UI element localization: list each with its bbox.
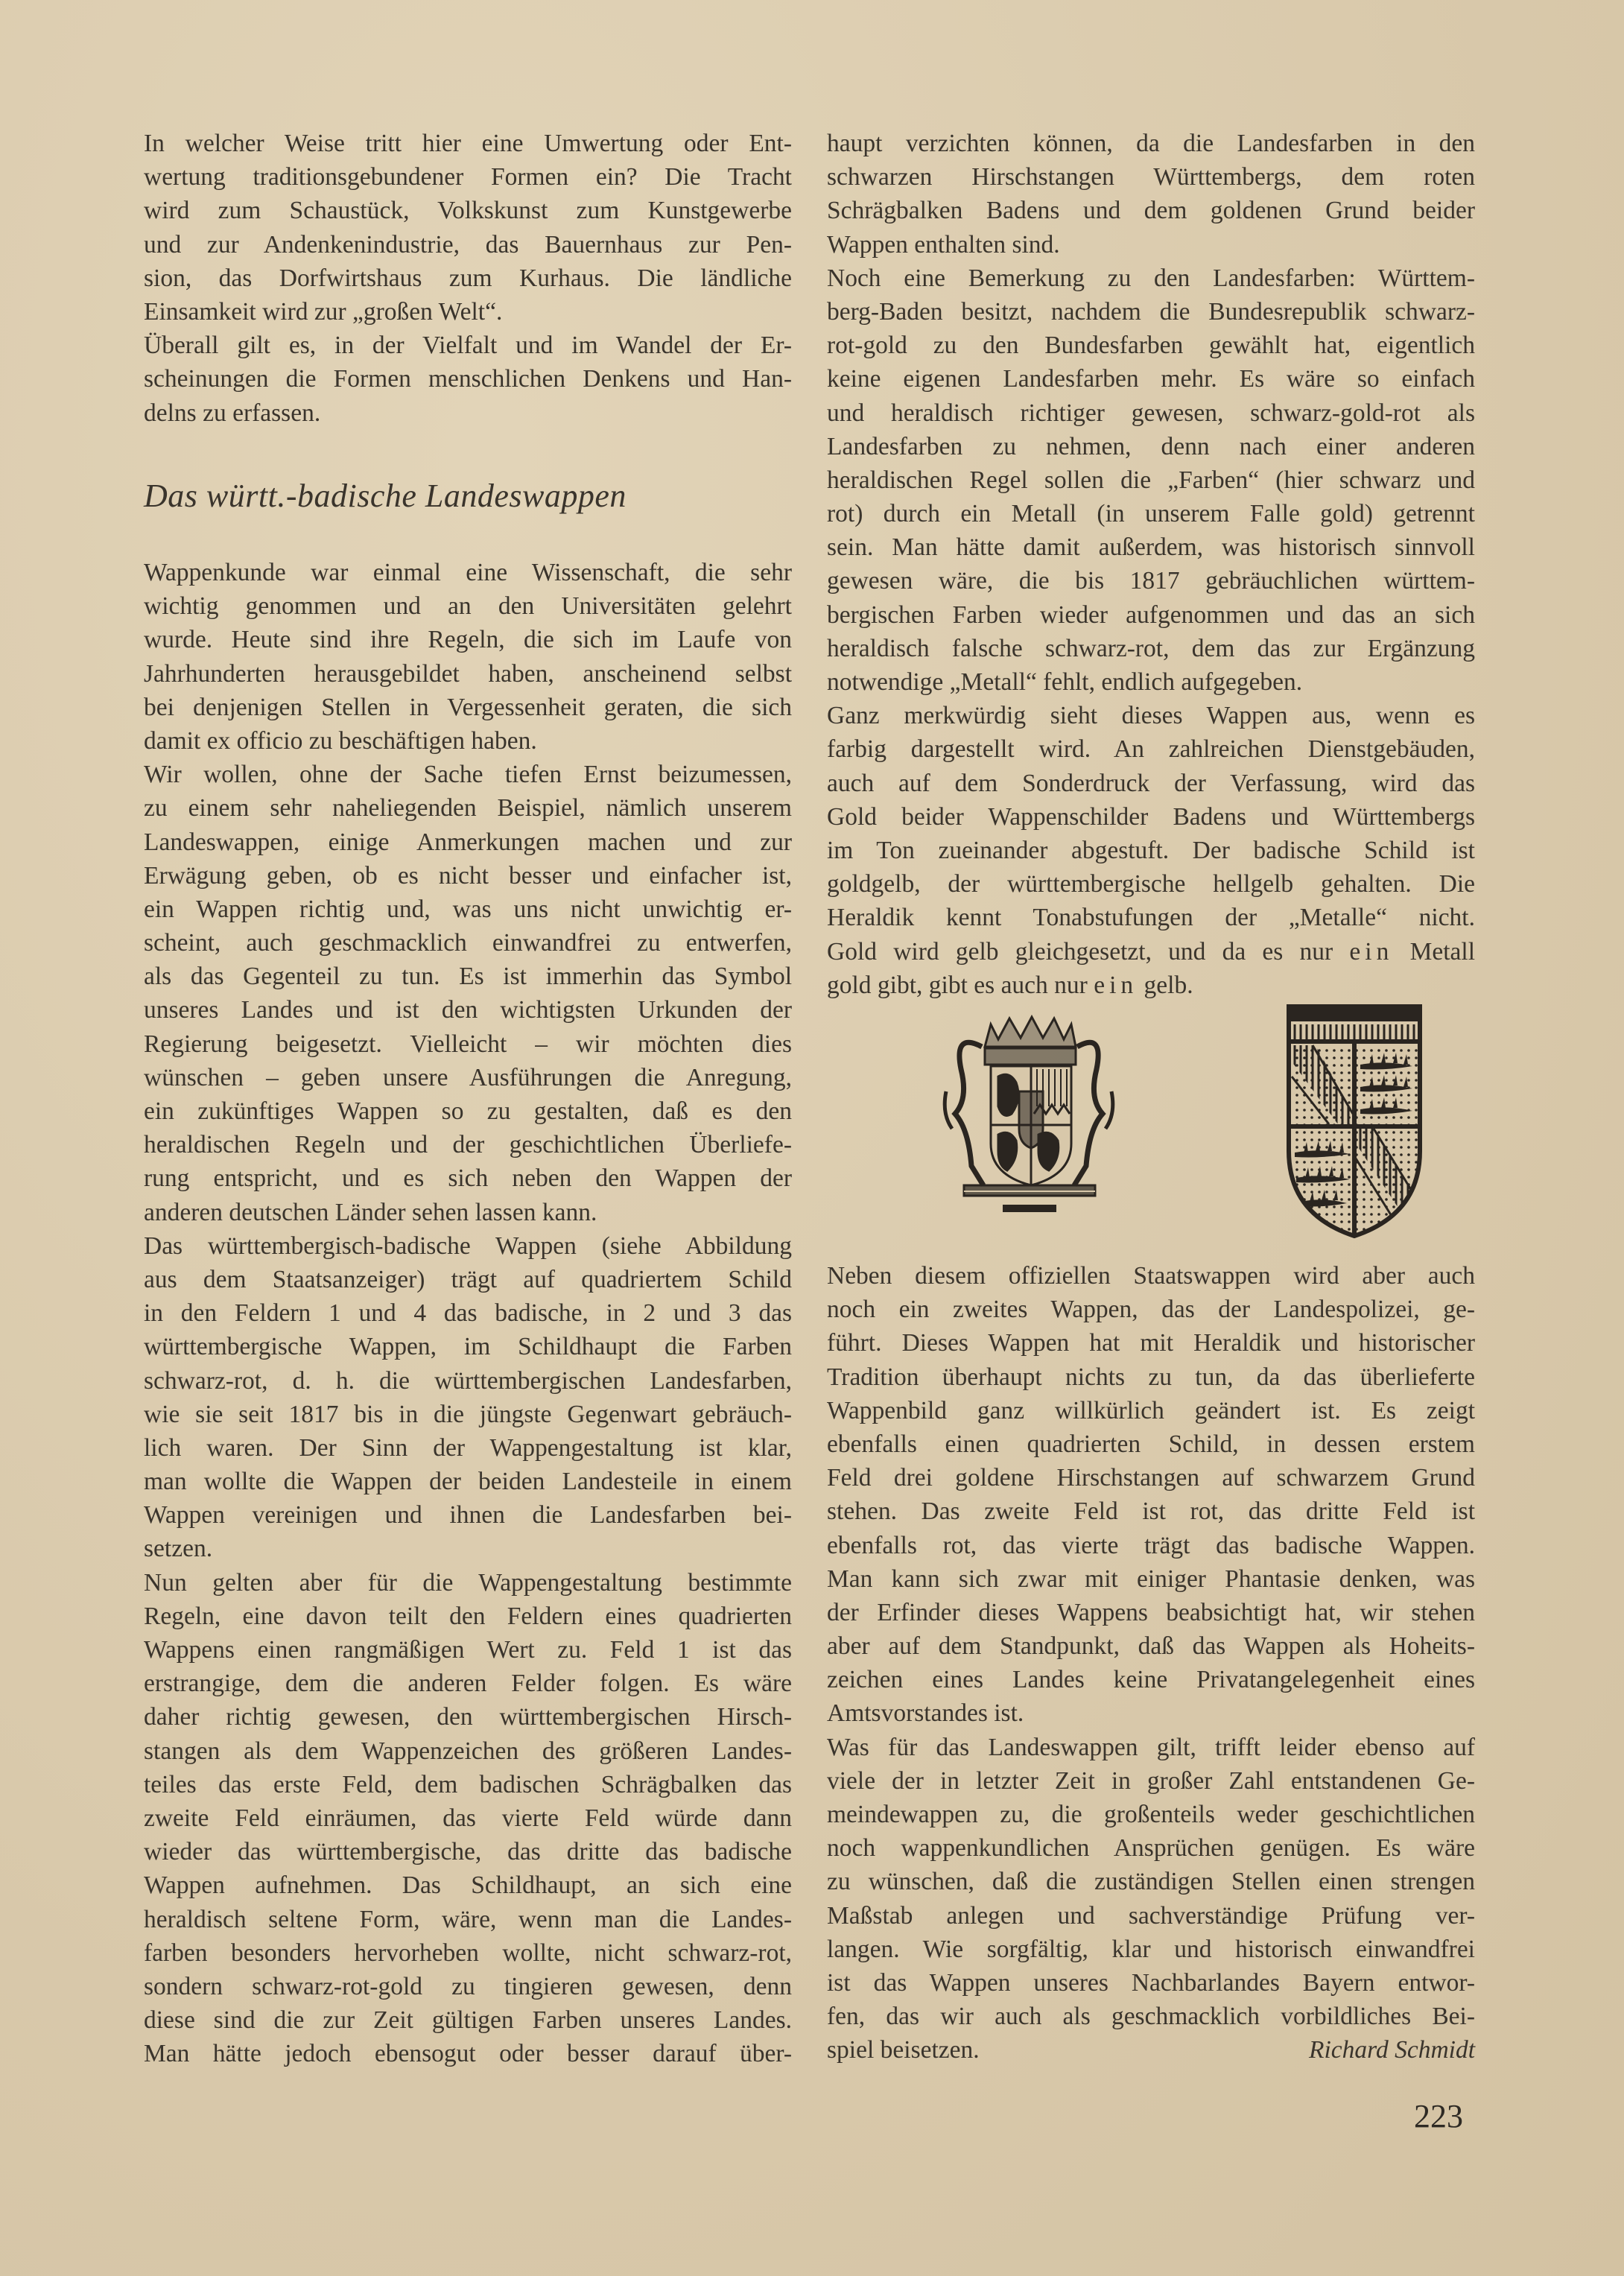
text-line: ist das Wappen unseres Nachbarlandes Bay… bbox=[827, 1966, 1475, 2000]
text-line: meindewappen zu, die großenteils weder g… bbox=[827, 1798, 1475, 1831]
text-line: und zur Andenkenindustrie, das Bauernhau… bbox=[144, 228, 792, 261]
text-line: führt. Dieses Wappen hat mit Heraldik un… bbox=[827, 1326, 1475, 1360]
text-line: In welcher Weise tritt hier eine Umwertu… bbox=[144, 127, 792, 160]
text-line: daher richtig gewesen, den württembergis… bbox=[144, 1700, 792, 1734]
text-line: wünschen – geben unsere Ausführungen die… bbox=[144, 1061, 792, 1094]
text-fragment: Gold wird gelb gleichgesetzt, und da es … bbox=[827, 938, 1333, 966]
article-body-left: Wappenkunde war einmal eine Wissenschaft… bbox=[144, 556, 792, 2070]
right-column-lower: Neben diesem offiziellen Staatswappen wi… bbox=[827, 1259, 1475, 2067]
text-line: Feld drei goldene Hirschstangen auf schw… bbox=[827, 1461, 1475, 1494]
text-line: Wappen vereinigen und ihnen die Landesfa… bbox=[144, 1498, 792, 1532]
text-line: sondern schwarz-rot-gold zu tingieren ge… bbox=[144, 1970, 792, 2003]
text-line: keine eigenen Landesfarben mehr. Es wäre… bbox=[827, 362, 1475, 396]
text-line: langen. Wie sorgfältig, klar und histori… bbox=[827, 1933, 1475, 1966]
text-line: Erwägung geben, ob es nicht besser und e… bbox=[144, 859, 792, 893]
text-line: wieder das württembergische, das dritte … bbox=[144, 1835, 792, 1868]
page-number: 223 bbox=[1414, 2097, 1463, 2135]
text-line: damit ex officio zu beschäftigen haben. bbox=[144, 724, 792, 758]
text-line: Man hätte jedoch ebensogut oder besser d… bbox=[144, 2037, 792, 2070]
text-line: gewesen wäre, die bis 1817 gebräuchliche… bbox=[827, 564, 1475, 597]
text-line: Gold wird gelb gleichgesetzt, und da es … bbox=[827, 935, 1475, 969]
article-heading: Das württ.-badische Landeswappen bbox=[144, 477, 627, 515]
text-line: Schrägbalken Badens und dem goldenen Gru… bbox=[827, 194, 1475, 227]
text-line: zweite Feld einräumen, das vierte Feld w… bbox=[144, 1801, 792, 1835]
text-line: wie sie seit 1817 bis in die jüngste Geg… bbox=[144, 1398, 792, 1431]
text-line: delns zu erfassen. bbox=[144, 396, 792, 430]
text-line: noch ein zweites Wappen, das der Landesp… bbox=[827, 1293, 1475, 1326]
text-line: aber auf dem Standpunkt, daß das Wappen … bbox=[827, 1629, 1475, 1663]
text-line: zu wünschen, daß die zuständigen Stellen… bbox=[827, 1865, 1475, 1898]
text-line: scheint, auch geschmacklich einwandfrei … bbox=[144, 926, 792, 960]
text-line: rung entspricht, und es sich neben den W… bbox=[144, 1161, 792, 1195]
bavaria-coat-of-arms-icon bbox=[939, 1002, 1117, 1218]
text-line: Nun gelten aber für die Wappengestaltung… bbox=[144, 1566, 792, 1600]
text-line: setzen. bbox=[144, 1532, 792, 1565]
text-line: in den Feldern 1 und 4 das badische, in … bbox=[144, 1296, 792, 1330]
text-line: Landesfarben zu nehmen, denn nach einer … bbox=[827, 430, 1475, 463]
text-line: schwarzen Hirschstangen Württembergs, de… bbox=[827, 160, 1475, 194]
text-line: Wappenbild ganz willkürlich geändert ist… bbox=[827, 1394, 1475, 1427]
text-line: als das Gegenteil zu tun. Es ist immerhi… bbox=[144, 960, 792, 993]
text-line: Noch eine Bemerkung zu den Landesfarben:… bbox=[827, 261, 1475, 295]
text-line: Jahrhunderten herausgebildet haben, ansc… bbox=[144, 657, 792, 691]
text-line: ebenfalls einen quadrierten Schild, in d… bbox=[827, 1427, 1475, 1461]
text-line: Wappenkunde war einmal eine Wissenschaft… bbox=[144, 556, 792, 589]
text-line: aus dem Staatsanzeiger) trägt auf quadri… bbox=[144, 1263, 792, 1296]
text-fragment: gold gibt, gibt es auch nur bbox=[827, 971, 1088, 999]
text-line: ebenfalls rot, das vierte trägt das badi… bbox=[827, 1529, 1475, 1562]
text-line: haupt verzichten können, da die Landesfa… bbox=[827, 127, 1475, 160]
text-line: ein zukünftiges Wappen so zu gestalten, … bbox=[144, 1094, 792, 1128]
text-line: Wappen aufnehmen. Das Schildhaupt, an si… bbox=[144, 1868, 792, 1902]
text-line: Man kann sich zwar mit einiger Phantasie… bbox=[827, 1562, 1475, 1596]
text-line: gold gibt, gibt es auch nur ein gelb. bbox=[827, 969, 1475, 1002]
intro-paragraphs: In welcher Weise tritt hier eine Umwertu… bbox=[144, 127, 792, 430]
author-signature: Richard Schmidt bbox=[1309, 2033, 1475, 2067]
text-line: wurde. Heute sind ihre Regeln, die sich … bbox=[144, 623, 792, 656]
text-line: und heraldisch richtiger gewesen, schwar… bbox=[827, 396, 1475, 430]
left-column: In welcher Weise tritt hier eine Umwertu… bbox=[144, 127, 792, 430]
coat-of-arms-figures bbox=[939, 1002, 1490, 1240]
text-line: heraldisch seltene Form, wäre, wenn man … bbox=[144, 1903, 792, 1936]
text-line: man wollte die Wappen der beiden Landest… bbox=[144, 1465, 792, 1498]
text-line: bei denjenigen Stellen in Vergessenheit … bbox=[144, 691, 792, 724]
text-line: erstrangige, dem die anderen Felder folg… bbox=[144, 1667, 792, 1700]
text-line: Landeswappen, einige Anmerkungen machen … bbox=[144, 825, 792, 859]
text-line: heraldischen Regeln und der geschichtlic… bbox=[144, 1128, 792, 1161]
text-line: württembergische Wappen, im Schildhaupt … bbox=[144, 1330, 792, 1363]
text-line: lich waren. Der Sinn der Wappengestaltun… bbox=[144, 1431, 792, 1465]
text-line: Überall gilt es, in der Vielfalt und im … bbox=[144, 329, 792, 362]
text-line: Was für das Landeswappen gilt, trifft le… bbox=[827, 1731, 1475, 1764]
closing-line: spiel beisetzen. Richard Schmidt bbox=[827, 2033, 1475, 2067]
text-line: heraldisch falsche schwarz-rot, dem das … bbox=[827, 632, 1475, 665]
text-line: rot) durch ein Metall (in unserem Falle … bbox=[827, 497, 1475, 530]
text-line: sein. Man hätte damit außerdem, was hist… bbox=[827, 530, 1475, 564]
text-line: Wappen enthalten sind. bbox=[827, 228, 1475, 261]
text-line: scheinungen die Formen menschlichen Denk… bbox=[144, 362, 792, 396]
text-line: farben besonders hervorheben wollte, nic… bbox=[144, 1936, 792, 1970]
text-line: Gold beider Wappenschilder Badens und Wü… bbox=[827, 800, 1475, 834]
right-column: haupt verzichten können, da die Landesfa… bbox=[827, 127, 1475, 1002]
text-line: stehen. Das zweite Feld ist rot, das dri… bbox=[827, 1494, 1475, 1528]
text-line: sion, das Dorfwirtshaus zum Kurhaus. Die… bbox=[144, 261, 792, 295]
text-line: schwarz-rot, d. h. die württembergischen… bbox=[144, 1364, 792, 1398]
text-fragment: gelb. bbox=[1144, 971, 1193, 999]
text-line: notwendige „Metall“ fehlt, endlich aufge… bbox=[827, 665, 1475, 699]
text-line: auch auf dem Sonderdruck der Verfassung,… bbox=[827, 767, 1475, 800]
text-fragment: Metall bbox=[1410, 938, 1475, 966]
text-line: farbig dargestellt wird. An zahlreichen … bbox=[827, 732, 1475, 766]
text-line: Maßstab anlegen und sachverständige Prüf… bbox=[827, 1899, 1475, 1933]
text-line: Ganz merkwürdig sieht dieses Wappen aus,… bbox=[827, 699, 1475, 732]
text-line: Neben diesem offiziellen Staatswappen wi… bbox=[827, 1259, 1475, 1293]
text-line: Wir wollen, ohne der Sache tiefen Ernst … bbox=[144, 758, 792, 791]
text-line: teiles das erste Feld, dem badischen Sch… bbox=[144, 1768, 792, 1801]
text-line: Regierung beigesetzt. Vielleicht – wir m… bbox=[144, 1027, 792, 1061]
text-line: diese sind die zur Zeit gültigen Farben … bbox=[144, 2003, 792, 2037]
text-line: Einsamkeit wird zur „großen Welt“. bbox=[144, 295, 792, 329]
wuerttemberg-baden-shield-icon bbox=[1286, 1002, 1424, 1240]
text-line: im Ton zueinander abgestuft. Der badisch… bbox=[827, 834, 1475, 867]
text-line: Tradition überhaupt nichts zu tun, da da… bbox=[827, 1360, 1475, 1394]
text-line: zu einem sehr naheliegenden Beispiel, nä… bbox=[144, 791, 792, 825]
text-line: ein Wappen richtig und, was uns nicht un… bbox=[144, 893, 792, 926]
text-line: Amtsvorstandes ist. bbox=[827, 1696, 1475, 1730]
text-fragment: spiel beisetzen. bbox=[827, 2033, 980, 2067]
text-line: stangen als dem Wappenzeichen des größer… bbox=[144, 1734, 792, 1768]
text-line: berg-Baden besitzt, nachdem die Bundesre… bbox=[827, 295, 1475, 329]
text-line: noch wappenkundlichen Ansprüchen genügen… bbox=[827, 1831, 1475, 1865]
text-line: fen, das wir auch als geschmacklich vorb… bbox=[827, 2000, 1475, 2033]
text-line: zeichen eines Landes keine Privatangeleg… bbox=[827, 1663, 1475, 1696]
emphasis-spaced: ein bbox=[1094, 971, 1138, 999]
text-line: anderen deutschen Länder sehen lassen ka… bbox=[144, 1196, 792, 1229]
text-line: Regeln, eine davon teilt den Feldern ein… bbox=[144, 1600, 792, 1633]
text-line: wird zum Schaustück, Volkskunst zum Kuns… bbox=[144, 194, 792, 227]
text-line: heraldischen Regel sollen die „Farben“ (… bbox=[827, 463, 1475, 497]
text-line: unseres Landes und ist den wichtigsten U… bbox=[144, 993, 792, 1027]
text-line: bergischen Farben wieder aufgenommen und… bbox=[827, 598, 1475, 632]
text-line: der Erfinder dieses Wappens beabsichtigt… bbox=[827, 1596, 1475, 1629]
text-line: rot-gold zu den Bundesfarben gewählt hat… bbox=[827, 329, 1475, 362]
emphasis-spaced: ein bbox=[1349, 938, 1393, 966]
text-line: Heraldik kennt Tonabstufungen der „Metal… bbox=[827, 901, 1475, 934]
text-line: Wappens einen rangmäßigen Wert zu. Feld … bbox=[144, 1633, 792, 1667]
text-line: Das württembergisch-badische Wappen (sie… bbox=[144, 1229, 792, 1263]
text-line: wertung traditionsgebundener Formen ein?… bbox=[144, 160, 792, 194]
text-line: wichtig genommen und an den Universitäte… bbox=[144, 589, 792, 623]
text-line: goldgelb, der württembergische hellgelb … bbox=[827, 867, 1475, 901]
text-line: viele der in letzter Zeit in großer Zahl… bbox=[827, 1764, 1475, 1798]
